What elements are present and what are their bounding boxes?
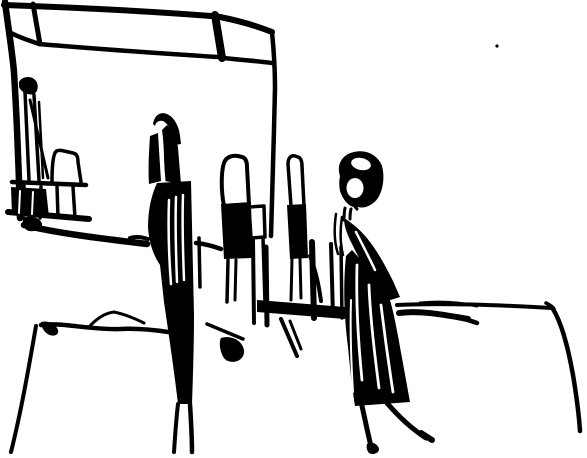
left-leg xyxy=(174,404,178,452)
counter-left xyxy=(11,312,168,452)
under-counter-scribble xyxy=(199,238,345,362)
pump-handle-right xyxy=(288,156,304,206)
counter-front-edge xyxy=(553,309,580,431)
window-chair xyxy=(8,77,147,244)
sketch-canvas xyxy=(0,0,587,458)
face xyxy=(347,178,364,198)
ink-dot xyxy=(495,44,498,47)
coat xyxy=(148,181,194,404)
counter-right xyxy=(397,302,580,431)
mullion-tick-right xyxy=(215,15,222,58)
mullion-tick-left xyxy=(33,4,40,44)
table-front-edge xyxy=(11,326,36,452)
right-leg xyxy=(190,404,192,452)
pump-handle-left xyxy=(222,156,249,206)
window-sill-sweep xyxy=(24,225,147,244)
central-figure xyxy=(130,113,221,452)
ink-sketch xyxy=(0,0,587,458)
